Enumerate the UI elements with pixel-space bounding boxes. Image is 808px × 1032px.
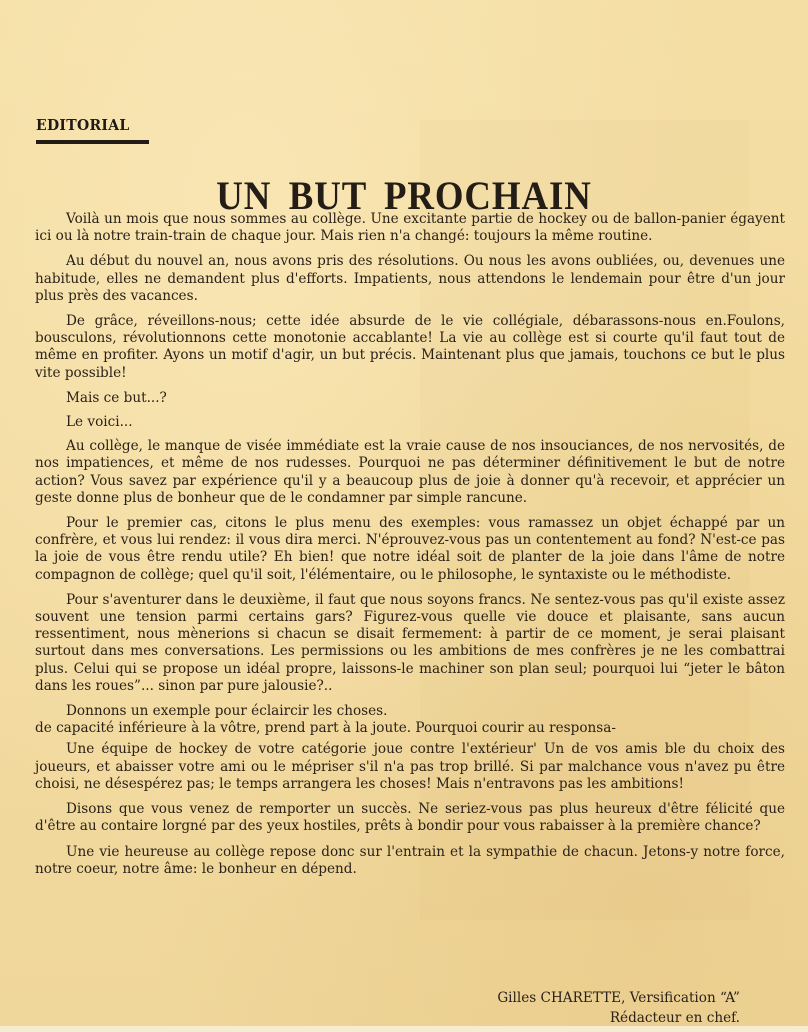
article-body: Voilà un mois que nous sommes au collège…: [35, 211, 785, 886]
signature-block: Gilles CHARETTE, Versification “A” Rédac…: [400, 988, 740, 1028]
section-label-underline: [36, 140, 149, 144]
signature-title: Rédacteur en chef.: [400, 1008, 740, 1028]
paragraph-9: Donnons un exemple pour éclaircir les ch…: [35, 703, 785, 720]
paragraph-4: Mais ce but...?: [35, 390, 785, 407]
paragraph-7: Pour le premier cas, citons le plus menu…: [35, 515, 785, 584]
paragraph-11: Une équipe de hockey de votre catégorie …: [35, 741, 785, 793]
paragraph-1: Voilà un mois que nous sommes au collège…: [35, 211, 785, 245]
paragraph-8: Pour s'aventurer dans le deuxième, il fa…: [35, 592, 785, 695]
paragraph-6: Au collège, le manque de visée immédiate…: [35, 438, 785, 507]
paragraph-3: De grâce, réveillons-nous; cette idée ab…: [35, 313, 785, 382]
paragraph-10-misplaced-line: de capacité inférieure à la vôtre, prend…: [35, 720, 785, 737]
section-label: EDITORIAL: [36, 118, 130, 135]
signature-author: Gilles CHARETTE, Versification “A”: [400, 988, 740, 1008]
paper-bottom-edge: [0, 1026, 808, 1032]
paragraph-13: Une vie heureuse au collège repose donc …: [35, 844, 785, 878]
paragraph-12: Disons que vous venez de remporter un su…: [35, 801, 785, 835]
paragraph-2: Au début du nouvel an, nous avons pris d…: [35, 253, 785, 305]
paragraph-5: Le voici...: [35, 414, 785, 431]
